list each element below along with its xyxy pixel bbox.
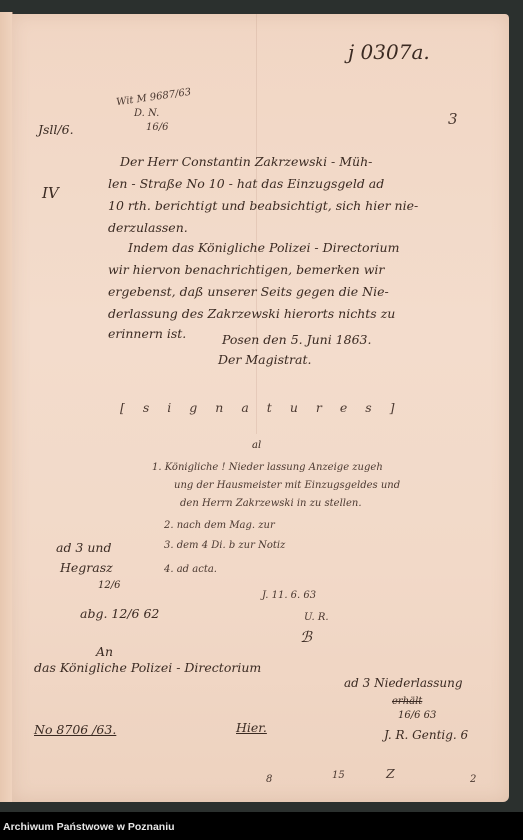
- body-line-8: derlassung des Zakrzewski hierorts nicht…: [108, 306, 395, 321]
- signoff: Der Magistrat.: [218, 352, 311, 367]
- list-date: J. 11. 6. 63: [262, 590, 316, 601]
- right-note-1: ad 3 Niederlassung: [344, 676, 463, 690]
- footer-bar: Archiwum Państwowe w Poznaniu: [0, 812, 523, 840]
- body-line-6: wir hiervon benachrichtigen, bemerken wi…: [108, 262, 384, 277]
- top-note-3: 16/6: [146, 122, 168, 133]
- list-item-2: 2. nach dem Mag. zur: [164, 520, 275, 531]
- roman-numeral: IV: [42, 184, 59, 202]
- body-line-3: 10 rth. berichtigt und beabsichtigt, sic…: [108, 198, 418, 213]
- margin-note-3: 12/6: [98, 580, 120, 591]
- bottom-number-3: Z: [386, 766, 395, 781]
- top-note-2: D. N.: [134, 108, 159, 119]
- list-initials: U. R.: [304, 612, 329, 623]
- list-item-1-cont: ung der Hausmeister mit Einzugsgeldes un…: [174, 480, 400, 491]
- body-line-4: derzulassen.: [108, 220, 188, 235]
- bottom-number-2: 15: [332, 770, 345, 781]
- abg-note: abg. 12/6 62: [80, 606, 159, 621]
- section-marker: al: [252, 440, 261, 451]
- reference-number: No 8706 /63.: [34, 722, 116, 737]
- body-line-2: len - Straße No 10 - hat das Einzugsgeld…: [108, 176, 384, 191]
- left-marginal-note: Jsll/6.: [38, 122, 74, 137]
- folio-number: 3: [448, 110, 458, 128]
- top-right-reference: j 0307a.: [348, 40, 430, 64]
- signature-right: ℬ: [300, 628, 312, 646]
- body-line-5: Indem das Königliche Polizei - Directori…: [128, 240, 399, 255]
- right-note-4: J. R. Gentig. 6: [384, 728, 468, 742]
- bottom-number-1: 8: [266, 774, 272, 785]
- list-item-1: 1. Königliche ! Nieder lassung Anzeige z…: [152, 462, 383, 473]
- body-line-7: ergebenst, daß unserer Seits gegen die N…: [108, 284, 389, 299]
- margin-note-2: Hegrasz: [60, 560, 113, 575]
- margin-note-1: ad 3 und: [56, 540, 111, 555]
- hier-label: Hier.: [236, 720, 267, 735]
- fold-line: [256, 14, 257, 434]
- right-note-3: 16/6 63: [398, 710, 436, 721]
- body-line-9: erinnern ist.: [108, 326, 186, 341]
- signatures: [signatures]: [120, 400, 413, 415]
- list-item-3: 3. dem 4 Di. b zur Notiz: [164, 540, 285, 551]
- list-item-4: 4. ad acta.: [164, 564, 217, 575]
- bottom-number-4: 2: [470, 774, 476, 785]
- addressee-prefix: An: [96, 644, 113, 659]
- archive-name: Archiwum Państwowe w Poznaniu: [3, 821, 175, 833]
- right-note-2: erhält: [392, 696, 422, 707]
- body-line-1: Der Herr Constantin Zakrzewski - Müh-: [120, 154, 372, 169]
- place-date: Posen den 5. Juni 1863.: [222, 332, 371, 347]
- addressee: das Königliche Polizei - Directorium: [34, 660, 261, 675]
- list-item-1-cont-2: den Herrn Zakrzewski in zu stellen.: [180, 498, 362, 509]
